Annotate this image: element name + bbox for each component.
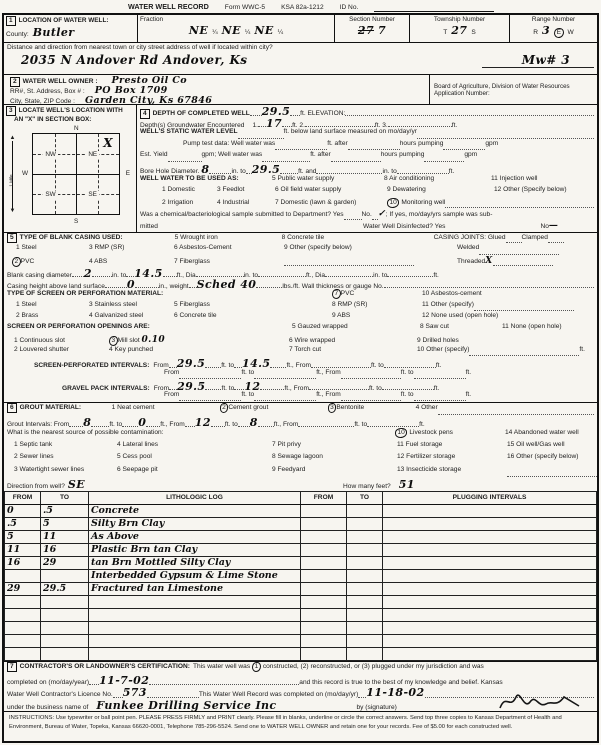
dotted-leader	[205, 367, 221, 368]
disinfected-line: mitted Water Well Disinfected? Yes No —	[137, 221, 597, 232]
option-use-2: 2 Irrigation	[162, 199, 217, 207]
dotted-leader	[424, 161, 464, 162]
dotted-leader	[298, 426, 354, 427]
use-row-2: 1 Domestic 3 Feedlot 6 Oil field water s…	[137, 186, 597, 198]
lith-to	[41, 609, 89, 622]
water-well-record-form: WATER WELL RECORD Form WWC-5 KSA 82a-121…	[0, 0, 601, 745]
form-title: WATER WELL RECORD	[128, 3, 209, 12]
option-grout-2-label: Cement grout	[228, 404, 268, 411]
lith-from	[5, 570, 41, 583]
direction-value: SE	[68, 478, 85, 491]
lith-desc	[89, 635, 301, 648]
cert-was-label: This water well was	[193, 663, 250, 671]
ft-to-label-2: ft. to	[401, 391, 414, 399]
casing-depth-value: 14.5	[134, 267, 162, 280]
dotted-leader	[72, 276, 84, 277]
yield-gpm-label: gpm	[464, 151, 477, 159]
lith-to	[41, 635, 89, 648]
lith-row: 2929.5Fractured tan Limestone	[5, 583, 597, 596]
option-grout-1: 1 Neat cement	[112, 404, 220, 412]
quarter-symbol: ¼	[212, 29, 218, 37]
dotted-leader	[438, 414, 594, 415]
plug-desc	[383, 518, 597, 531]
casing-ft-end: ft.	[433, 272, 439, 280]
option-contam-10-group: 10Livestock pens	[395, 428, 505, 438]
gravel-intervals-line-2: From ft. to ft., From ft. to ft.	[4, 391, 597, 402]
lith-from: 0	[5, 505, 41, 518]
option-casing-8: 8 Concrete tile	[282, 234, 434, 242]
dotted-leader	[548, 242, 564, 243]
plug-from	[301, 518, 347, 531]
cert-constructed-circled: 1	[252, 662, 261, 672]
option-use-7: 7 Domestic (lawn & garden)	[275, 199, 387, 207]
col-lith-log: LITHOLOGIC LOG	[89, 492, 301, 505]
owner-address-label: RR#, St. Address, Box # :	[10, 88, 85, 96]
dotted-leader	[290, 115, 300, 116]
option-opening-3-label: Mill slot	[118, 337, 140, 344]
option-contam-15: 15 Oil well/Gas well	[507, 441, 565, 449]
groundwater-line: Depth(s) Groundwater Encountered 1. 17 f…	[137, 117, 597, 129]
lith-desc: Plastic Brn tan Clay	[89, 544, 301, 557]
section-number-struck: 27	[358, 24, 374, 37]
lith-desc	[89, 622, 301, 635]
fraction-2: NE	[222, 24, 241, 37]
option-screen-12: 12 None used (open hole)	[422, 312, 498, 320]
compass-south: S	[74, 218, 78, 226]
dotted-leader	[309, 389, 369, 390]
sample-question: Was a chemical/bacteriological sample su…	[140, 211, 344, 219]
casing-ft-dia-2: ft., Dia	[306, 272, 325, 280]
option-screen-7-circled: 7	[332, 289, 341, 299]
ft-end: ft.	[466, 391, 472, 399]
dotted-leader	[284, 265, 414, 266]
grout-i1-to: 0	[138, 416, 146, 429]
pump-after-label: ft. after	[327, 140, 348, 148]
county-value: Butler	[33, 26, 75, 39]
lith-row	[5, 622, 597, 635]
option-opening-6: 6 Wire wrapped	[289, 337, 417, 345]
option-casing-5: 5 Wrought iron	[175, 234, 282, 242]
dotted-leader	[280, 173, 298, 174]
ft-to-label: ft. to	[221, 362, 234, 370]
plug-desc	[383, 596, 597, 609]
cert-line-1: 7 CONTRACTOR'S OR LANDOWNER'S CERTIFICAT…	[4, 662, 597, 674]
lith-desc	[89, 648, 301, 661]
plug-to	[347, 505, 383, 518]
direction-label: Direction from well?	[7, 483, 65, 491]
option-opening-7: 7 Torch cut	[289, 346, 417, 354]
dotted-leader	[397, 173, 449, 174]
well-location-x-mark: X	[103, 136, 113, 150]
option-casing-4: 4 ABS	[89, 258, 174, 266]
dotted-leader	[469, 355, 579, 356]
plug-desc	[383, 557, 597, 570]
plug-to	[347, 570, 383, 583]
plug-to	[347, 518, 383, 531]
dotted-leader	[254, 378, 316, 379]
lith-desc	[89, 609, 301, 622]
use-label: WELL WATER TO BE USED AS:	[140, 175, 272, 183]
direction-line: Direction from well? SE How many feet? 5…	[4, 478, 597, 491]
fraction-label: Fraction	[140, 16, 332, 24]
signature-scribble	[497, 691, 583, 713]
dotted-leader	[414, 400, 466, 401]
lith-row: 1629tan Brn Mottled Silty Clay	[5, 557, 597, 570]
option-screen-9: 9 ABS	[332, 312, 422, 320]
lith-from	[5, 635, 41, 648]
option-use-10-label: Monitoring well	[401, 199, 445, 207]
option-opening-10-unit: ft.	[579, 346, 585, 354]
option-opening-3-circled: 3	[109, 336, 118, 346]
dotted-leader	[493, 265, 553, 266]
lith-from	[5, 609, 41, 622]
pump-test-line: Pump test data: Well water was ft. after…	[137, 140, 597, 152]
option-contam-7: 7 Pit privy	[272, 441, 397, 449]
static-level-tail: ft. below land surface measured on mo/da…	[284, 128, 417, 136]
screen-intervals-line-2: From ft. to ft., From ft. to ft.	[4, 369, 597, 380]
dotted-leader	[179, 378, 241, 379]
owner-row: 2 WATER WELL OWNER : Presto Oil Co RR#, …	[4, 75, 597, 105]
plug-from	[301, 596, 347, 609]
option-contam-10-label: Livestock pens	[409, 429, 453, 436]
township-t: T	[443, 29, 447, 37]
dotted-leader	[344, 219, 362, 220]
plug-to	[347, 544, 383, 557]
grout-i1-from: 8	[83, 416, 91, 429]
record-date-value: 11-18-02	[366, 686, 424, 699]
quadrant-nw: NW	[43, 151, 58, 159]
option-contam-8: 8 Sewage lagoon	[272, 453, 397, 461]
plug-desc	[383, 609, 597, 622]
option-contam-1: 1 Septic tank	[14, 441, 117, 449]
plug-from	[301, 583, 347, 596]
grout-intervals-label: Grout Intervals: From	[7, 421, 69, 429]
plug-desc	[383, 648, 597, 661]
option-casing-2-label: PVC	[21, 258, 35, 265]
dotted-leader	[275, 149, 327, 150]
option-screen-10: 10 Asbestos-cement	[422, 290, 482, 298]
locator-heading-text: LOCATE WELL'S LOCATION WITH	[19, 107, 123, 114]
range-label: Range Number	[512, 16, 595, 24]
contamination-row-3: 3 Watertight sewer lines 6 Seepage pit 9…	[4, 466, 597, 479]
dotted-leader	[126, 276, 134, 277]
ft-from-label: ft., From	[316, 369, 341, 377]
section4-number: 4	[140, 109, 150, 119]
dotted-leader	[358, 697, 366, 698]
dotted-leader	[474, 310, 574, 311]
dotted-leader	[169, 389, 177, 390]
lith-from: 29	[5, 583, 41, 596]
ft-to-label-2: ft. to	[371, 362, 384, 370]
dotted-leader	[196, 276, 244, 277]
dotted-leader	[506, 242, 522, 243]
owner-address-line: RR#, St. Address, Box # : PO Box 1709	[7, 85, 426, 95]
dotted-leader	[91, 426, 109, 427]
dotted-leader	[254, 400, 316, 401]
dotted-leader	[331, 161, 381, 162]
lith-to: 29.5	[41, 583, 89, 596]
dotted-leader	[443, 149, 485, 150]
dotted-leader	[147, 697, 199, 698]
option-grout-2-group: 2Cement grout	[220, 403, 328, 413]
lith-row	[5, 596, 597, 609]
sample-no-label: No.	[362, 211, 372, 219]
disinfected-no-mark: —	[549, 221, 558, 232]
option-screen-7-label: PVC	[341, 290, 355, 297]
quadrant-sw: SW	[43, 191, 57, 199]
casing-ft-dia: ft., Dia	[177, 272, 196, 280]
grout-i2-to: 8	[250, 416, 258, 429]
option-opening-1: 1 Continuous slot	[14, 337, 109, 345]
locator-heading-1: 3LOCATE WELL'S LOCATION WITH	[6, 106, 134, 116]
lith-to	[41, 596, 89, 609]
casing-heading: TYPE OF BLANK CASING USED:	[20, 234, 175, 242]
dotted-leader	[149, 684, 299, 685]
option-use-10-circled: 10	[387, 198, 399, 208]
section-box-figure: ▲ 1 Mile ▼ N S W E	[6, 125, 132, 225]
depth-line: 4 DEPTH OF COMPLETED WELL 29.5 ft. ELEVA…	[137, 105, 597, 117]
screen-interval-from: 29.5	[177, 357, 205, 370]
elevation-label: ft. ELEVATION:	[300, 110, 345, 118]
dotted-leader	[205, 389, 221, 390]
quadrant-se: SE	[86, 191, 99, 199]
plug-from	[301, 557, 347, 570]
yield-mid-label: gpm; Well water was	[202, 151, 263, 159]
openings-row-1: 1 Continuous slot 3Mill slot 0.10 6 Wire…	[4, 335, 597, 346]
casing-height-line: Casing height above land surface 0 in., …	[4, 278, 597, 289]
range-value: 3	[542, 24, 550, 37]
plug-desc	[383, 531, 597, 544]
plug-to	[347, 557, 383, 570]
casing-joints-clamped: Clamped	[522, 234, 548, 242]
plug-desc	[383, 544, 597, 557]
use-row-3: 2 Irrigation 4 Industrial 7 Domestic (la…	[137, 198, 597, 210]
lith-desc: As Above	[89, 531, 301, 544]
ft-from-label-2: ft., From	[274, 421, 299, 429]
agency-block: Board of Agriculture, Division of Water …	[429, 75, 597, 104]
lith-from	[5, 648, 41, 661]
plug-desc	[383, 635, 597, 648]
ft-end: ft.	[466, 369, 472, 377]
use-header-line: WELL WATER TO BE USED AS: 5 Public water…	[137, 175, 597, 187]
option-contam-4: 4 Lateral lines	[117, 441, 272, 449]
range-east-circled: E	[554, 28, 563, 38]
owner-block: 2 WATER WELL OWNER : Presto Oil Co RR#, …	[4, 75, 429, 104]
option-contam-12: 12 Fertilizer storage	[397, 453, 507, 461]
section7-number: 7	[7, 662, 17, 672]
dotted-leader	[105, 287, 127, 288]
gravel-intervals-label: GRAVEL PACK INTERVALS:	[62, 385, 150, 393]
ft-to-label-3: ft. to	[354, 421, 367, 429]
ft-to-label-2: ft. to	[369, 385, 382, 393]
depth-label: DEPTH OF COMPLETED WELL	[153, 110, 250, 118]
plug-to	[347, 609, 383, 622]
dotted-leader	[234, 367, 242, 368]
openings-heading: SCREEN OR PERFORATION OPENINGS ARE:	[7, 323, 292, 331]
gw3-unit: ft.	[452, 122, 458, 130]
lith-from: 5	[5, 531, 41, 544]
dotted-leader	[282, 126, 292, 127]
option-contam-10-circled: 10	[395, 428, 407, 438]
section2-number: 2	[10, 77, 20, 87]
option-contam-2: 2 Sewer lines	[14, 453, 117, 461]
range-west: W	[568, 29, 574, 37]
dotted-leader	[382, 389, 434, 390]
option-grout-3-label: Bentonite	[336, 404, 364, 411]
option-use-11: 11 Injection well	[491, 175, 537, 183]
dotted-leader	[135, 287, 159, 288]
range-r: R	[533, 29, 538, 37]
option-contam-14: 14 Abandoned water well	[505, 429, 579, 437]
dotted-leader	[414, 378, 466, 379]
center-horizontal-line	[33, 174, 119, 175]
dotted-leader	[305, 126, 375, 127]
screen-heading: TYPE OF SCREEN OR PERFORATION MATERIAL:	[7, 290, 332, 298]
arrow-down-icon: ▼	[10, 208, 16, 215]
ft-to-label-2: ft. to	[225, 421, 238, 429]
ft-end: ft.	[434, 385, 440, 393]
grout-i2-from: 12	[195, 416, 211, 429]
lith-row: 0.5Concrete	[5, 505, 597, 518]
county-label: County:	[6, 31, 29, 39]
plug-desc	[383, 570, 597, 583]
lith-row: .55Silty Brn Clay	[5, 518, 597, 531]
option-contam-6: 6 Seepage pit	[117, 466, 272, 474]
option-grout-3-group: 3Bentonite	[328, 403, 416, 413]
form-number: Form WWC-5	[225, 4, 265, 12]
quadrant-ne: NE	[86, 151, 99, 159]
lith-from: 11	[5, 544, 41, 557]
option-use-5: 5 Public water supply	[272, 175, 384, 183]
sample-no-mark: ✓	[378, 209, 386, 220]
fraction-values: NE ¼ NE ¼ NE ¼	[140, 24, 332, 37]
option-opening-2: 2 Louvered shutter	[14, 346, 109, 354]
dotted-leader	[163, 276, 177, 277]
certification-block: 7 CONTRACTOR'S OR LANDOWNER'S CERTIFICAT…	[4, 661, 597, 711]
option-screen-2: 2 Brass	[16, 312, 89, 320]
plug-desc	[383, 622, 597, 635]
plug-from	[301, 609, 347, 622]
screen-row-2: 2 Brass 4 Galvanized steel 6 Concrete ti…	[4, 312, 597, 323]
yield-hours-label: hours pumping	[381, 151, 425, 159]
grout-intervals-line: Grout Intervals: From 8 ft. to 0 ft., Fr…	[4, 416, 597, 429]
lith-to	[41, 648, 89, 661]
from-label: From	[164, 391, 179, 399]
plug-to	[347, 583, 383, 596]
business-name-label: under the business name of	[7, 704, 88, 712]
option-contam-11: 11 Fuel storage	[397, 441, 507, 449]
pump-gpm-label: gpm	[485, 140, 498, 148]
distance-label: Distance and direction from nearest town…	[7, 44, 594, 52]
lith-desc: tan Brn Mottled Silty Clay	[89, 557, 301, 570]
cert-completed-label: completed on (mo/day/year)	[7, 679, 89, 687]
id-label: ID No.	[340, 4, 359, 12]
township-label: Township Number	[412, 16, 507, 24]
option-use-4: 4 Industrial	[217, 199, 275, 207]
casing-weight-value: Sched 40	[197, 278, 257, 291]
section-number-label: Section Number	[337, 16, 407, 24]
location-row: 1LOCATION OF WATER WELL: County: Butler …	[4, 15, 597, 43]
option-opening-4: 4 Key punched	[109, 346, 289, 354]
plug-to	[347, 622, 383, 635]
section-locator-block: 3LOCATE WELL'S LOCATION WITH AN "X" IN S…	[4, 105, 137, 232]
lith-desc: Interbedded Gypsum & Lime Stone	[89, 570, 301, 583]
plug-from	[301, 544, 347, 557]
option-opening-11: 11 None (open hole)	[502, 323, 562, 331]
gravel-interval-from: 29.5	[177, 380, 205, 393]
casing-diameter-value: 2	[84, 267, 92, 280]
dotted-leader	[89, 684, 99, 685]
range-cell: Range Number R 3 E W	[509, 15, 597, 42]
well-data-row: 3LOCATE WELL'S LOCATION WITH AN "X" IN S…	[4, 105, 597, 233]
option-opening-5: 5 Gauzed wrapped	[292, 323, 420, 331]
gw1-value: 17	[266, 117, 282, 130]
range-values: R 3 E W	[512, 24, 595, 38]
dotted-leader	[122, 426, 138, 427]
dotted-leader	[388, 126, 452, 127]
dotted-leader	[113, 697, 123, 698]
dotted-leader	[367, 426, 419, 427]
dotted-leader	[211, 426, 225, 427]
plug-from	[301, 635, 347, 648]
option-use-12: 12 Other (Specify below)	[494, 186, 567, 194]
ft-end: ft.	[436, 362, 442, 370]
plug-to	[347, 635, 383, 648]
plug-from	[301, 570, 347, 583]
address-line: 2035 N Andover Rd Andover, Ks Mw# 3	[7, 53, 594, 68]
cert-options-tail: constructed, (2) reconstructed, or (3) p…	[263, 663, 484, 671]
option-use-9: 9 Dewatering	[387, 186, 494, 194]
option-casing-2-circled: 2	[12, 257, 21, 267]
section5-block: 5 TYPE OF BLANK CASING USED: 5 Wrought i…	[4, 233, 597, 403]
option-casing-2-pvc: 2PVC	[12, 257, 89, 267]
dotted-leader	[325, 276, 373, 277]
option-opening-3-group: 3Mill slot 0.10	[109, 335, 289, 346]
dotted-leader	[238, 426, 250, 427]
screen-row-1: 1 Steel 3 Stainless steel 5 Fiberglass 8…	[4, 301, 597, 312]
dotted-leader	[384, 287, 594, 288]
option-opening-8: 8 Saw cut	[420, 323, 502, 331]
casing-row-2: 1 Steel 3 RMP (SR) 6 Asbestos-Cement 9 O…	[4, 244, 597, 255]
feet-label: How many feet?	[343, 483, 391, 491]
dotted-leader	[270, 367, 286, 368]
option-screen-3: 3 Stainless steel	[89, 301, 174, 309]
compass-east: E	[126, 170, 130, 178]
mile-label: 1 Mile	[8, 157, 14, 187]
casing-joints-welded: Welded	[457, 244, 479, 252]
section6-block: 6 GROUT MATERIAL: 1 Neat cement 2Cement …	[4, 403, 597, 491]
dotted-leader	[417, 138, 594, 139]
form-frame: 1LOCATION OF WATER WELL: County: Butler …	[2, 13, 599, 743]
ft-from-label: ft., From	[284, 385, 309, 393]
dotted-leader	[189, 287, 197, 288]
dotted-leader	[345, 115, 594, 116]
col-to-1: TO	[41, 492, 89, 505]
option-screen-5: 5 Fiberglass	[174, 301, 332, 309]
fraction-cell: Fraction NE ¼ NE ¼ NE ¼	[137, 15, 334, 42]
lith-to: 29	[41, 557, 89, 570]
screen-intervals-label: SCREEN-PERFORATED INTERVALS:	[34, 362, 149, 370]
compass-west: W	[22, 170, 28, 178]
ft-to-label: ft. to	[221, 385, 234, 393]
dotted-leader	[185, 426, 195, 427]
dotted-leader	[384, 367, 436, 368]
option-casing-6: 6 Asbestos-Cement	[174, 244, 284, 252]
fraction-1: NE	[189, 24, 208, 37]
openings-heading-line: SCREEN OR PERFORATION OPENINGS ARE: 5 Ga…	[4, 323, 597, 334]
lith-desc: Silty Brn Clay	[89, 518, 301, 531]
col-from-2: FROM	[301, 492, 347, 505]
